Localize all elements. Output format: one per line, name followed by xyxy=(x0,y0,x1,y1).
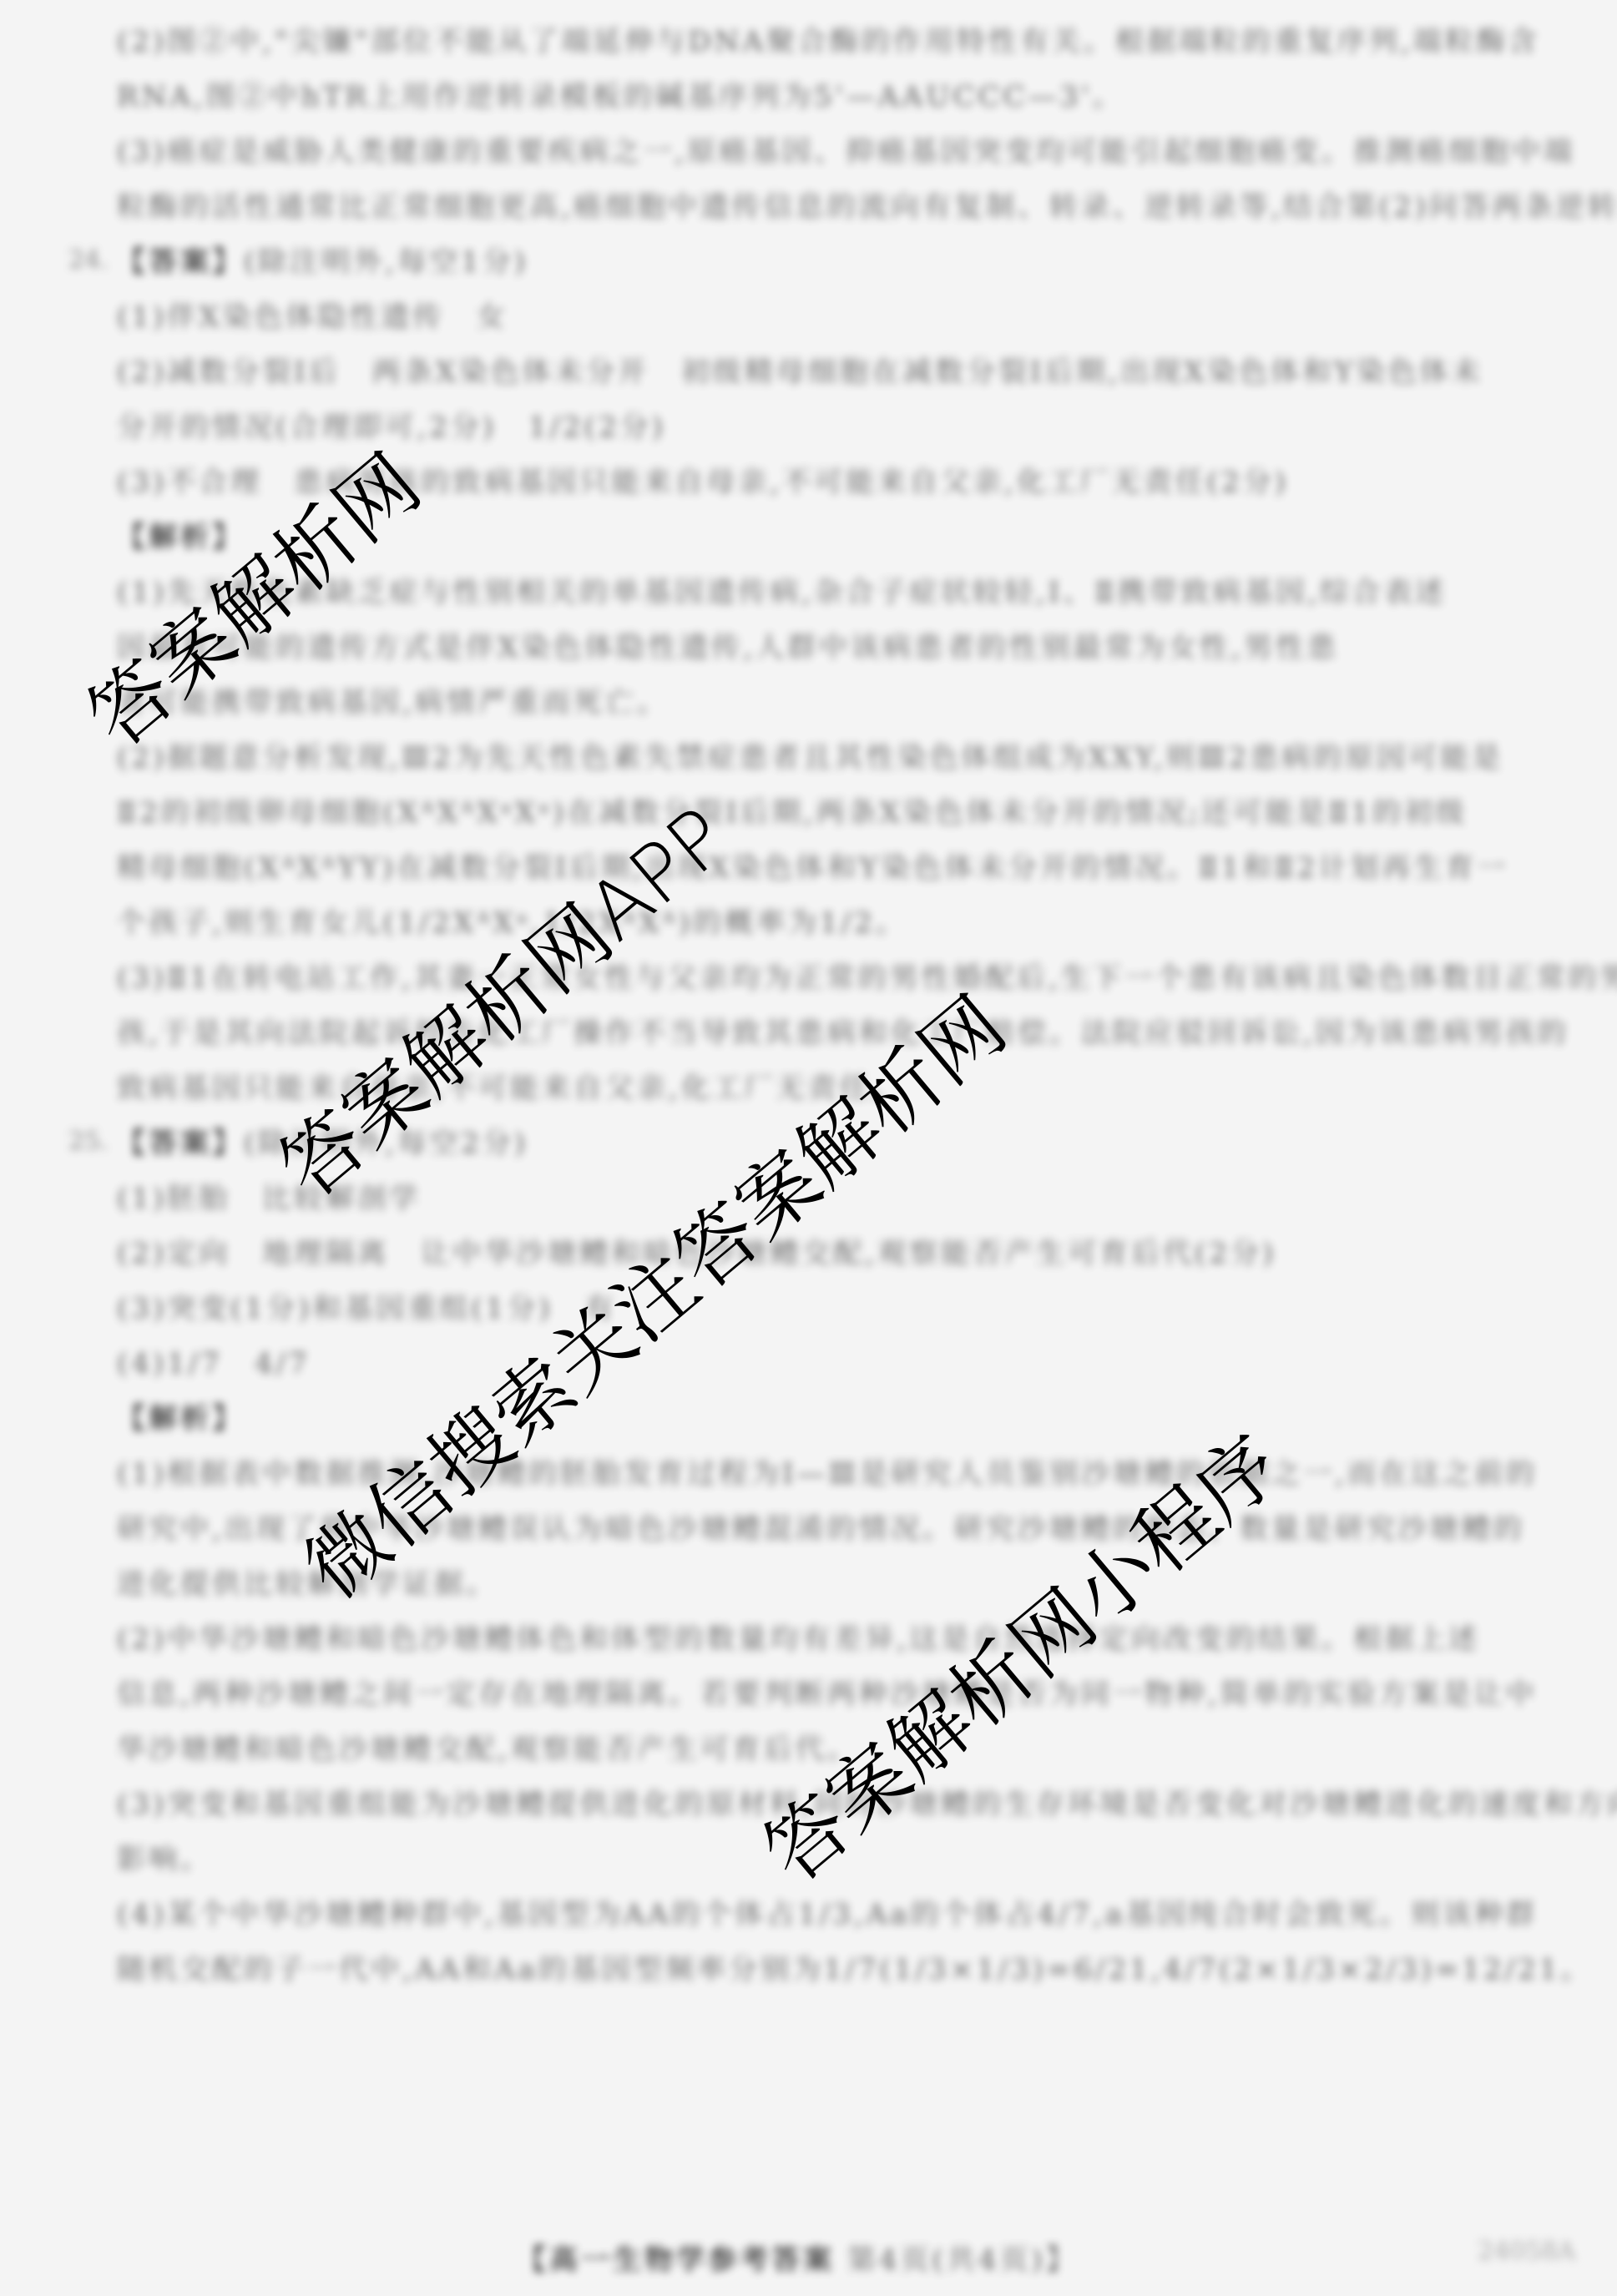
line-text: (2)中华沙塘鳢和暗色沙塘鳢体色和体型的数量均有差异,这是自然选择定向改变的结果… xyxy=(117,1622,1480,1656)
text-line: (2)中华沙塘鳢和暗色沙塘鳢体色和体型的数量均有差异,这是自然选择定向改变的结果… xyxy=(117,1622,1536,1656)
line-text: 因最有可能的遗传方式是伴X染色体隐性遗传,人群中该病患者的性别最常为女性,男性患 xyxy=(117,631,1339,664)
text-line: (2)定向 地理隔离 让中华沙塘鳢和暗色沙塘鳢交配,观察能否产生可育后代(2分) xyxy=(117,1237,1536,1270)
question-number: 25. xyxy=(68,1127,109,1156)
text-line: (1)伴X染色体隐性遗传 女 xyxy=(117,300,1536,334)
line-text: 影响。 xyxy=(117,1843,212,1876)
text-line: (2)图②中,"尖镰"部位不能从了端延伸与DNA聚合酶的作用特性有关。根据端粒的… xyxy=(117,25,1536,58)
footer-page: 第4页(共4页)】 xyxy=(847,2243,1078,2277)
line-text: (1)胚胎 比较解剖学 xyxy=(117,1182,421,1215)
line-text: (除注明外,每空1分) xyxy=(244,245,528,279)
line-text: 进化提供比较解剖学证据。 xyxy=(117,1567,498,1601)
text-line: (2)减数分裂Ⅰ后 两条X染色体未分开 初级精母细胞在减数分裂Ⅰ后期,出现X染色… xyxy=(117,356,1536,389)
text-line: 【答案】(除注明外,每空1分) xyxy=(117,245,1536,279)
text-line: 个孩子,则生育女儿(1/2XᴬXᵃ,1/2XᴬXᴬ)的概率为1/2。 xyxy=(117,906,1536,940)
line-text: 粒酶的活性通常比正常细胞更高,癌细胞中遗传信息的流向有复制、转录、逆转录等,结合… xyxy=(117,190,1617,224)
line-text: Ⅱ2的初级卵母细胞(XᴬXᴬXᵃXᵃ)在减数分裂Ⅰ后期,两条X染色体未分开的情况… xyxy=(117,796,1468,830)
page-footer: 【高一生物学参考答案 第4页(共4页)】 xyxy=(518,2237,1078,2278)
text-line: 孩,于是其向法院起诉控告化工厂操作不当导致其患病和化工厂赔偿。法院应驳回诉讼,因… xyxy=(117,1017,1536,1050)
line-text: (2)据题意分析发现,Ⅲ2为先天性色素失禁症患者且其性染色体组成为XXY,则Ⅲ2… xyxy=(117,741,1503,775)
line-text: (1)根据表中数据推测,沙塘鳢的胚胎发育过程为Ⅰ—Ⅲ是研究人员鉴别沙塘鳢的依据之… xyxy=(117,1457,1538,1491)
line-text: 分开的情况(合理即可,2分) 1/2(2分) xyxy=(117,411,666,444)
line-text: (3)Ⅱ1在转电站工作,其妻一正常女性与父亲均为正常的男性婚配后,生下一个患有该… xyxy=(117,961,1617,995)
section-tag: 【解析】 xyxy=(117,1402,244,1436)
line-text: (3)癌症是威胁人类健康的重要疾病之一,原癌基因、抑癌基因突变均可能引起细胞癌变… xyxy=(117,135,1575,169)
text-line: 粒酶的活性通常比正常细胞更高,癌细胞中遗传信息的流向有复制、转录、逆转录等,结合… xyxy=(117,190,1536,224)
line-text: (1)伴X染色体隐性遗传 女 xyxy=(117,300,508,334)
text-line: RNA,图②中hTR上用作逆转录模板的碱基序列为5'—AAUCCC—3'。 xyxy=(117,80,1536,114)
text-line: (3)突变(1分)和基因重组(1分) 有 xyxy=(117,1292,1536,1325)
text-line: 者可能携带致病基因,病情严重而死亡。 xyxy=(117,686,1536,719)
line-text: RNA,图②中hTR上用作逆转录模板的碱基序列为5'—AAUCCC—3'。 xyxy=(117,80,1124,114)
text-line: (1)根据表中数据推测,沙塘鳢的胚胎发育过程为Ⅰ—Ⅲ是研究人员鉴别沙塘鳢的依据之… xyxy=(117,1457,1536,1491)
line-text: 信息,两种沙塘鳢之间一定存在地理隔离。若要判断两种沙塘鳢是否为同一物种,简单的实… xyxy=(117,1678,1538,1711)
text-line: (4)1/7 4/7 xyxy=(117,1347,1536,1380)
text-line: (2)据题意分析发现,Ⅲ2为先天性色素失禁症患者且其性染色体组成为XXY,则Ⅲ2… xyxy=(117,741,1536,775)
text-line: 随机交配的子一代中,AA和Aa的基因型频率分别为1/7(1/3×1/3)=6/2… xyxy=(117,1953,1536,1986)
footer-title: 【高一生物学参考答案 xyxy=(518,2243,835,2277)
line-text: (4)1/7 4/7 xyxy=(117,1347,311,1380)
line-text: 精母细胞(XᴬXᴬYY)在减数分裂Ⅰ后期,出现X染色体和Y染色体未分开的情况。Ⅱ… xyxy=(117,851,1508,885)
line-text: 华沙塘鳢和暗色沙塘鳢交配,观察能否产生可育后代。 xyxy=(117,1733,859,1766)
line-text: (2)减数分裂Ⅰ后 两条X染色体未分开 初级精母细胞在减数分裂Ⅰ后期,出现X染色… xyxy=(117,356,1483,389)
text-line: (4)某个中华沙塘鳢种群中,基因型为AA的个体占1/3,Aa的个体占4/7,a基… xyxy=(117,1898,1536,1931)
text-line: (3)癌症是威胁人类健康的重要疾病之一,原癌基因、抑癌基因突变均可能引起细胞癌变… xyxy=(117,135,1536,169)
line-text: 随机交配的子一代中,AA和Aa的基因型频率分别为1/7(1/3×1/3)=6/2… xyxy=(117,1953,1592,1986)
document-code: 24058A xyxy=(1478,2237,1575,2266)
text-line: 精母细胞(XᴬXᴬYY)在减数分裂Ⅰ后期,出现X染色体和Y染色体未分开的情况。Ⅱ… xyxy=(117,851,1536,885)
section-tag: 【答案】 xyxy=(117,245,244,279)
line-text: 致病基因只能来自母亲,不可能来自父亲,化工厂无责任。 xyxy=(117,1072,903,1105)
line-text: (4)某个中华沙塘鳢种群中,基因型为AA的个体占1/3,Aa的个体占4/7,a基… xyxy=(117,1898,1538,1931)
text-line: 因最有可能的遗传方式是伴X染色体隐性遗传,人群中该病患者的性别最常为女性,男性患 xyxy=(117,631,1536,664)
line-text: (2)图②中,"尖镰"部位不能从了端延伸与DNA聚合酶的作用特性有关。根据端粒的… xyxy=(117,25,1540,58)
line-text: 孩,于是其向法院起诉控告化工厂操作不当导致其患病和化工厂赔偿。法院应驳回诉讼,因… xyxy=(117,1017,1569,1050)
question-number: 24. xyxy=(68,245,109,275)
text-line: 【解析】 xyxy=(117,1402,1536,1436)
section-tag: 【答案】 xyxy=(117,1127,244,1160)
text-line: Ⅱ2的初级卵母细胞(XᴬXᴬXᵃXᵃ)在减数分裂Ⅰ后期,两条X染色体未分开的情况… xyxy=(117,796,1536,830)
text-line: 信息,两种沙塘鳢之间一定存在地理隔离。若要判断两种沙塘鳢是否为同一物种,简单的实… xyxy=(117,1678,1536,1711)
text-line: (3)Ⅱ1在转电站工作,其妻一正常女性与父亲均为正常的男性婚配后,生下一个患有该… xyxy=(117,961,1536,995)
text-line: 分开的情况(合理即可,2分) 1/2(2分) xyxy=(117,411,1536,444)
